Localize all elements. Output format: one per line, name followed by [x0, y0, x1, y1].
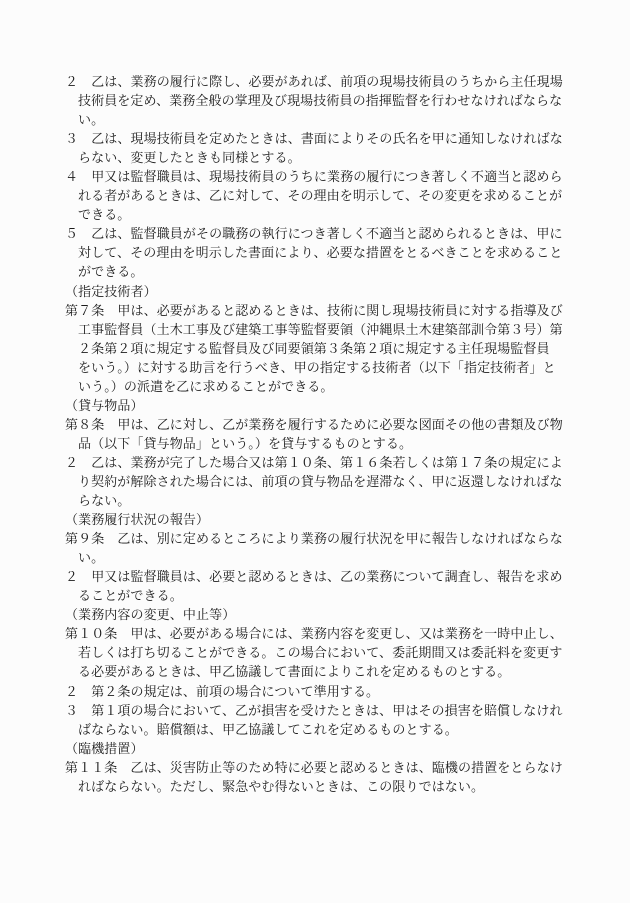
- numbered-item-paragraph: ４ 甲又は監督職員は、現場技術員のうちに業務の履行につき著しく不適当と認めら れ…: [65, 168, 570, 225]
- section-heading: （業務内容の変更、中止等）: [65, 606, 570, 625]
- numbered-item-paragraph: ５ 乙は、監督職員がその職務の執行につき著しく不適当と認められるときは、甲に 対…: [65, 225, 570, 282]
- article-paragraph: 第９条 乙は、別に定めるところにより業務の履行状況を甲に報告しなければならな い…: [65, 530, 570, 568]
- article-paragraph: 第７条 甲は、必要があると認めるときは、技術に関し現場技術員に対する指導及び 工…: [65, 302, 570, 397]
- section-heading: （業務履行状況の報告）: [65, 511, 570, 530]
- section-heading: （臨機措置）: [65, 740, 570, 759]
- article-paragraph: 第１０条 甲は、必要がある場合には、業務内容を変更し、又は業務を一時中止し、 若…: [65, 625, 570, 682]
- numbered-item-paragraph: ３ 乙は、現場技術員を定めたときは、書面によりその氏名を甲に通知しなければな ら…: [65, 130, 570, 168]
- numbered-item-paragraph: ２ 乙は、業務の履行に際し、必要があれば、前項の現場技術員のうちから主任現場 技…: [65, 73, 570, 130]
- document-body: ２ 乙は、業務の履行に際し、必要があれば、前項の現場技術員のうちから主任現場 技…: [65, 73, 570, 797]
- section-heading: （貸与物品）: [65, 397, 570, 416]
- numbered-item-paragraph: ２ 甲又は監督職員は、必要と認めるときは、乙の業務について調査し、報告を求め る…: [65, 568, 570, 606]
- numbered-item-paragraph: ３ 第１項の場合において、乙が損害を受けたときは、甲はその損害を賠償しなけれ ば…: [65, 702, 570, 740]
- section-heading: （指定技術者）: [65, 283, 570, 302]
- document-page: ２ 乙は、業務の履行に際し、必要があれば、前項の現場技術員のうちから主任現場 技…: [0, 0, 630, 903]
- numbered-item-paragraph: ２ 第２条の規定は、前項の場合について準用する。: [65, 683, 570, 702]
- article-paragraph: 第８条 甲は、乙に対し、乙が業務を履行するために必要な図面その他の書類及び物 品…: [65, 416, 570, 454]
- article-paragraph: 第１１条 乙は、災害防止等のため特に必要と認めるときは、臨機の措置をとらなけ れ…: [65, 759, 570, 797]
- numbered-item-paragraph: ２ 乙は、業務が完了した場合又は第１０条、第１６条若しくは第１７条の規定によ り…: [65, 454, 570, 511]
